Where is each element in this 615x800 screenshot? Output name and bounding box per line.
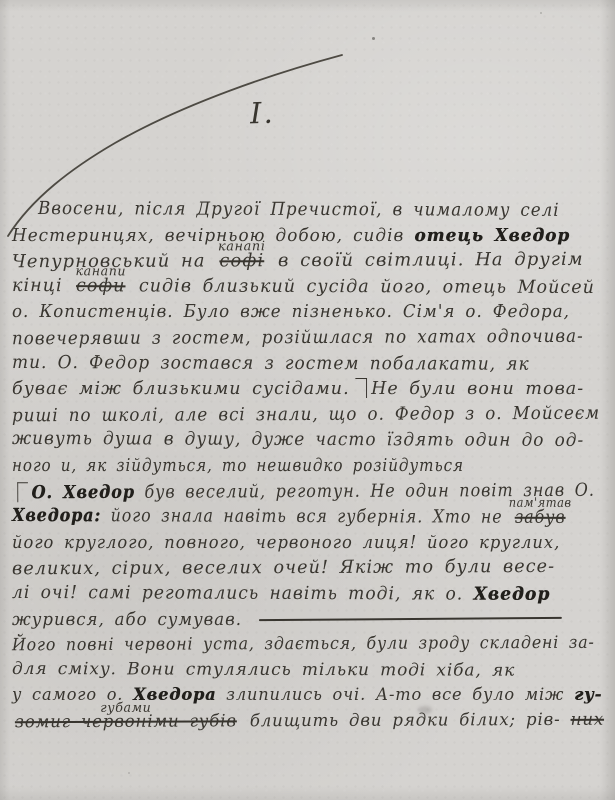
manuscript-line-content: буває між близькими сусідами.Не були вон…	[12, 376, 584, 402]
text-segment: ти. О. Федор зостався з гостем побалакат…	[12, 352, 530, 375]
manuscript-line: риші по школі, але всі знали, що о. Федо…	[12, 400, 607, 428]
manuscript-line-content: ти. О. Федор зостався з гостем побалакат…	[12, 350, 530, 377]
manuscript-line-content: Хведора: його знала навіть вся губернія.…	[12, 503, 568, 531]
text-segment: живуть душа в душу, дуже часто їздять од…	[12, 428, 584, 451]
text-segment: Його повні червоні уста, здається, були …	[12, 633, 595, 656]
manuscript-line: Ввосени, після Другої Пречистої, в чимал…	[12, 196, 607, 224]
text-segment: лі очі! самі реготались навіть тоді, як …	[12, 582, 474, 605]
ink-speck	[372, 37, 375, 40]
paragraph-bracket-mark	[356, 378, 368, 398]
manuscript-line: для сміху. Вони стулялись тільки тоді хі…	[12, 657, 607, 685]
manuscript-line-content: кінці софиканапи сидів близький сусіда й…	[12, 273, 595, 301]
text-segment: буває між близькими сусідами.	[12, 378, 350, 399]
manuscript-line: лі очі! самі реготались навіть тоді, як …	[12, 580, 607, 608]
manuscript-line: Нестеринцях, вечірньою добою, сидів отец…	[12, 223, 607, 249]
manuscript-line: о. Копистенців. Було вже пізненько. Сім'…	[12, 299, 607, 325]
inline-correction: софіканапі	[219, 248, 264, 274]
manuscript-line-content: лі очі! самі реготались навіть тоді, як …	[12, 580, 550, 607]
text-segment: Ввосени, після Другої Пречистої, в чимал…	[38, 198, 560, 221]
chapter-numeral: I.	[249, 96, 275, 131]
manuscript-line: живуть душа в душу, дуже часто їздять од…	[12, 426, 607, 454]
manuscript-line: Його повні червоні уста, здається, були …	[12, 631, 607, 659]
manuscript-page: I. Ввосени, після Другої Пречистої, в чи…	[0, 0, 615, 800]
manuscript-line-content: Ввосени, після Другої Пречистої, в чимал…	[38, 196, 560, 223]
text-segment: Нестеринцях, вечірньою добою, сидів	[12, 225, 414, 246]
emphasized-text: гу-	[574, 685, 602, 705]
strikethrough-text: них	[571, 710, 605, 730]
text-segment: його круглого, повного, червоного лиця! …	[12, 532, 560, 553]
ink-speck	[540, 12, 542, 14]
manuscript-line-content: Нестеринцях, вечірньою добою, сидів отец…	[12, 223, 570, 249]
manuscript-line: великих, сірих, веселих очей! Якіж то бу…	[12, 554, 607, 582]
separator-rule	[259, 616, 562, 622]
text-segment: Не були вони това-	[371, 378, 584, 399]
ink-speck	[128, 772, 130, 774]
text-segment: сидів близький сусіда його, отець Мойсей	[128, 275, 595, 298]
manuscript-line-content: о. Копистенців. Було вже пізненько. Сім'…	[12, 299, 570, 325]
manuscript-line: зомиг червоніми губівгубами блищить дви …	[12, 708, 607, 736]
text-segment: повечерявши з гостем, розійшлася по хата…	[12, 326, 584, 349]
manuscript-line-content: для сміху. Вони стулялись тільки тоді хі…	[12, 657, 515, 684]
manuscript-line: кінці софиканапи сидів близький сусіда й…	[12, 273, 607, 301]
manuscript-line: ного и, як зійдуться, то нешвидко розійд…	[12, 453, 607, 479]
text-segment: риші по школі, але всі знали, що о. Федо…	[12, 402, 600, 426]
text-segment: в своїй світлиці. На другім	[267, 249, 584, 271]
manuscript-line-content: журився, або сумував.	[12, 607, 562, 633]
manuscript-line: журився, або сумував.	[12, 607, 607, 633]
emphasized-text: отець Хведор	[414, 225, 570, 246]
text-segment: великих, сірих, веселих очей! Якіж то бу…	[12, 556, 555, 579]
text-segment: ного и, як зійдуться, то нешвидко розійд…	[12, 455, 464, 476]
text-segment: кінці	[12, 275, 73, 296]
text-segment: журився, або сумував.	[12, 609, 252, 630]
text-segment: о. Копистенців. Було вже пізненько. Сім'…	[12, 301, 570, 322]
manuscript-line-content: риші по школі, але всі знали, що о. Федо…	[12, 400, 600, 428]
text-segment: для сміху. Вони стулялись тільки тоді хі…	[12, 659, 515, 681]
manuscript-line: його круглого, повного, червоного лиця! …	[12, 530, 607, 556]
manuscript-line-content: О. Хведор був веселий, реготун. Не один …	[12, 477, 595, 505]
manuscript-line-content: його круглого, повного, червоного лиця! …	[12, 530, 560, 556]
manuscript-line-content: Його повні червоні уста, здається, були …	[12, 631, 595, 659]
manuscript-line: Хведора: його знала навіть вся губернія.…	[12, 503, 607, 531]
manuscript-line: ти. О. Федор зостався з гостем побалакат…	[12, 350, 607, 378]
correction-above-text: пам'ятав	[509, 491, 572, 517]
manuscript-text: Ввосени, після Другої Пречистої, в чимал…	[12, 197, 607, 734]
manuscript-line-content: повечерявши з гостем, розійшлася по хата…	[12, 324, 584, 352]
text-segment: його знала навіть вся губернія. Хто не	[101, 505, 512, 527]
emphasized-text: Хведор	[473, 583, 550, 604]
manuscript-line-content: ного и, як зійдуться, то нешвидко розійд…	[12, 453, 464, 479]
inline-correction: софиканапи	[76, 273, 126, 299]
correction-above-text: канапі	[218, 234, 266, 260]
correction-above-text: канапи	[75, 259, 126, 285]
manuscript-line-content: зомиг червоніми губівгубами блищить дви …	[12, 708, 604, 736]
emphasized-text: О. Хведор	[31, 481, 134, 502]
ink-smudge	[418, 706, 432, 714]
inline-correction: забувпам'ятав	[515, 505, 566, 531]
text-segment: блищить дви рядки білих; рів-	[240, 710, 571, 731]
manuscript-line: повечерявши з гостем, розійшлася по хата…	[12, 324, 607, 352]
paragraph-bracket-mark	[17, 482, 28, 502]
manuscript-line-content: великих, сірих, веселих очей! Якіж то бу…	[12, 554, 555, 582]
emphasized-text: Хведора:	[12, 505, 101, 526]
manuscript-line: буває між близькими сусідами.Не були вон…	[12, 376, 607, 402]
manuscript-line-content: живуть душа в душу, дуже часто їздять од…	[12, 426, 584, 454]
correction-above-text: губами	[100, 696, 151, 722]
text-segment: злипились очі. А-то все було між	[216, 685, 574, 705]
inline-correction: зомиг червоніми губівгубами	[15, 709, 237, 736]
